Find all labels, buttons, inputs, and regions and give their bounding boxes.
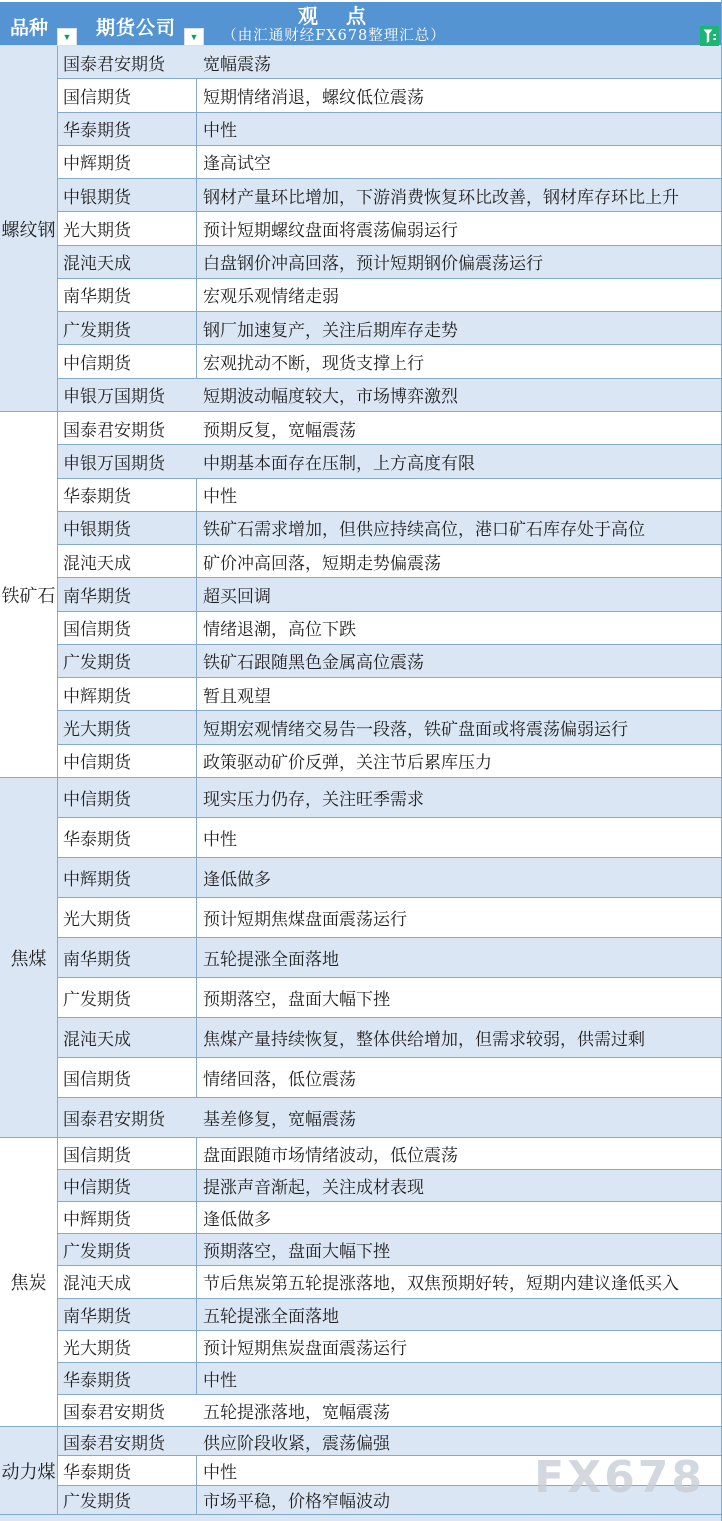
company-cell: 中辉期货 [58, 1202, 197, 1233]
table-row: 国泰君安期货宽幅震荡 [58, 46, 722, 79]
viewpoint-cell: 预计短期焦炭盘面震荡运行 [197, 1331, 722, 1362]
viewpoint-cell: 短期波动幅度较大，市场博弈激烈 [197, 379, 722, 411]
company-cell: 光大期货 [58, 898, 197, 937]
viewpoint-title: 观 点 [0, 4, 668, 28]
company-cell: 广发期货 [58, 645, 197, 677]
company-cell: 混沌天成 [58, 1018, 197, 1057]
company-cell: 南华期货 [58, 938, 197, 977]
company-cell: 广发期货 [58, 1234, 197, 1265]
table-row: 国信期货情绪回落，低位震荡 [58, 1058, 722, 1098]
company-cell: 中信期货 [58, 778, 197, 817]
company-cell: 中银期货 [58, 512, 197, 544]
viewpoint-cell: 逢低做多 [197, 1202, 722, 1233]
company-cell: 申银万国期货 [58, 379, 197, 411]
funnel-filter-icon[interactable] [700, 26, 719, 47]
section-rows: 中信期货现实压力仍存，关注旺季需求华泰期货中性中辉期货逢低做多光大期货预计短期焦… [58, 778, 722, 1138]
table-row: 国泰君安期货五轮提涨落地，宽幅震荡 [58, 1395, 722, 1427]
table-header: 品种 ▼ 期货公司 ▼ 观 点 （由汇通财经FX678整理汇总） [0, 0, 722, 46]
table-row: 中辉期货逢低做多 [58, 1202, 722, 1234]
table-row: 国泰君安期货基差修复，宽幅震荡 [58, 1098, 722, 1138]
company-cell: 南华期货 [58, 578, 197, 610]
table-row: 国信期货情绪退潮，高位下跌 [58, 612, 722, 645]
company-cell: 中信期货 [58, 745, 197, 777]
company-cell: 国信期货 [58, 79, 197, 111]
viewpoint-cell: 钢材产量环比增加，下游消费恢复环比改善，钢材库存环比上升 [197, 179, 722, 211]
table-row: 光大期货预计短期焦炭盘面震荡运行 [58, 1331, 722, 1363]
category-cell: 螺纹钢 [0, 46, 58, 412]
viewpoint-cell: 铁矿石跟随黑色金属高位震荡 [197, 645, 722, 677]
table-row: 中信期货现实压力仍存，关注旺季需求 [58, 778, 722, 818]
company-cell: 国泰君安期货 [58, 412, 197, 444]
column-header-viewpoint: 观 点 （由汇通财经FX678整理汇总） [0, 4, 668, 45]
table-row: 中银期货铁矿石需求增加，但供应持续高位，港口矿石库存处于高位 [58, 512, 722, 545]
futures-opinions-table: 品种 ▼ 期货公司 ▼ 观 点 （由汇通财经FX678整理汇总） 螺纹钢国泰君安… [0, 0, 722, 1521]
table-row: 光大期货短期宏观情绪交易告一段落，铁矿盘面或将震荡偏弱运行 [58, 711, 722, 744]
table-row: 华泰期货中性 [58, 479, 722, 512]
company-cell: 国泰君安期货 [58, 1395, 197, 1426]
viewpoint-cell: 情绪退潮，高位下跌 [197, 612, 722, 644]
viewpoint-cell: 五轮提涨全面落地 [197, 938, 722, 977]
section-rows: 国泰君安期货宽幅震荡国信期货短期情绪消退，螺纹低位震荡华泰期货中性中辉期货逢高试… [58, 46, 722, 412]
table-row: 申银万国期货中期基本面存在压制，上方高度有限 [58, 445, 722, 478]
table-row: 广发期货预期落空，盘面大幅下挫 [58, 1234, 722, 1266]
company-cell: 中信期货 [58, 1170, 197, 1201]
section-rows: 国泰君安期货预期反复，宽幅震荡申银万国期货中期基本面存在压制，上方高度有限华泰期… [58, 412, 722, 778]
funnel-glyph [703, 29, 716, 44]
viewpoint-cell: 钢厂加速复产，关注后期库存走势 [197, 312, 722, 344]
viewpoint-cell: 宽幅震荡 [197, 46, 722, 78]
company-cell: 中辉期货 [58, 146, 197, 178]
section-铁矿石: 铁矿石国泰君安期货预期反复，宽幅震荡申银万国期货中期基本面存在压制，上方高度有限… [0, 412, 722, 778]
table-row: 南华期货五轮提涨全面落地 [58, 1299, 722, 1331]
company-cell: 华泰期货 [58, 479, 197, 511]
viewpoint-cell: 逢低做多 [197, 858, 722, 897]
table-row: 申银万国期货短期波动幅度较大，市场博弈激烈 [58, 379, 722, 412]
category-cell: 动力煤 [0, 1427, 58, 1515]
table-row: 光大期货预计短期螺纹盘面将震荡偏弱运行 [58, 212, 722, 245]
company-cell: 广发期货 [58, 978, 197, 1017]
company-cell: 国泰君安期货 [58, 1098, 197, 1137]
section-焦煤: 焦煤中信期货现实压力仍存，关注旺季需求华泰期货中性中辉期货逢低做多光大期货预计短… [0, 778, 722, 1138]
viewpoint-subtitle: （由汇通财经FX678整理汇总） [0, 28, 668, 45]
viewpoint-cell: 中性 [197, 479, 722, 511]
table-row: 中银期货钢材产量环比增加，下游消费恢复环比改善，钢材库存环比上升 [58, 179, 722, 212]
viewpoint-cell: 短期宏观情绪交易告一段落，铁矿盘面或将震荡偏弱运行 [197, 711, 722, 743]
company-cell: 混沌天成 [58, 1266, 197, 1297]
viewpoint-cell: 提涨声音渐起，关注成材表现 [197, 1170, 722, 1201]
bottom-partial-row [0, 1515, 722, 1521]
table-row: 国信期货盘面跟随市场情绪波动，低位震荡 [58, 1138, 722, 1170]
viewpoint-cell: 情绪回落，低位震荡 [197, 1058, 722, 1097]
viewpoint-cell: 白盘钢价冲高回落，预计短期钢价偏震荡运行 [197, 246, 722, 278]
viewpoint-cell: 中性 [197, 113, 722, 145]
table-row: 华泰期货中性 [58, 1363, 722, 1395]
viewpoint-cell: 盘面跟随市场情绪波动，低位震荡 [197, 1138, 722, 1169]
company-cell: 国信期货 [58, 612, 197, 644]
category-cell: 铁矿石 [0, 412, 58, 778]
viewpoint-cell: 基差修复，宽幅震荡 [197, 1098, 722, 1137]
category-cell: 焦炭 [0, 1138, 58, 1427]
company-cell: 光大期货 [58, 212, 197, 244]
table-row: 中辉期货逢高试空 [58, 146, 722, 179]
company-cell: 华泰期货 [58, 818, 197, 857]
viewpoint-cell: 暂且观望 [197, 678, 722, 710]
table-row: 混沌天成矿价冲高回落，短期走势偏震荡 [58, 545, 722, 578]
company-cell: 南华期货 [58, 279, 197, 311]
viewpoint-cell: 铁矿石需求增加，但供应持续高位，港口矿石库存处于高位 [197, 512, 722, 544]
table-row: 南华期货超买回调 [58, 578, 722, 611]
viewpoint-cell: 五轮提涨落地，宽幅震荡 [197, 1395, 722, 1426]
viewpoint-cell: 预期落空，盘面大幅下挫 [197, 978, 722, 1017]
viewpoint-cell: 预期落空，盘面大幅下挫 [197, 1234, 722, 1265]
viewpoint-cell: 超买回调 [197, 578, 722, 610]
company-cell: 申银万国期货 [58, 445, 197, 477]
company-cell: 光大期货 [58, 711, 197, 743]
table-row: 中辉期货暂且观望 [58, 678, 722, 711]
viewpoint-cell: 现实压力仍存，关注旺季需求 [197, 778, 722, 817]
table-row: 中信期货提涨声音渐起，关注成材表现 [58, 1170, 722, 1202]
company-cell: 国泰君安期货 [58, 1427, 197, 1455]
fx678-watermark: FX678 [534, 1452, 705, 1503]
viewpoint-cell: 中性 [197, 818, 722, 857]
viewpoint-cell: 矿价冲高回落，短期走势偏震荡 [197, 545, 722, 577]
section-rows: 国信期货盘面跟随市场情绪波动，低位震荡中信期货提涨声音渐起，关注成材表现中辉期货… [58, 1138, 722, 1427]
table-row: 南华期货宏观乐观情绪走弱 [58, 279, 722, 312]
viewpoint-cell: 预计短期螺纹盘面将震荡偏弱运行 [197, 212, 722, 244]
viewpoint-cell: 中性 [197, 1363, 722, 1394]
section-焦炭: 焦炭国信期货盘面跟随市场情绪波动，低位震荡中信期货提涨声音渐起，关注成材表现中辉… [0, 1138, 722, 1427]
company-cell: 混沌天成 [58, 246, 197, 278]
company-cell: 华泰期货 [58, 1456, 197, 1484]
company-cell: 华泰期货 [58, 113, 197, 145]
company-cell: 南华期货 [58, 1299, 197, 1330]
viewpoint-cell: 节后焦炭第五轮提涨落地，双焦预期好转，短期内建议逢低买入 [197, 1266, 722, 1297]
table-body: 螺纹钢国泰君安期货宽幅震荡国信期货短期情绪消退，螺纹低位震荡华泰期货中性中辉期货… [0, 46, 722, 1521]
viewpoint-cell: 五轮提涨全面落地 [197, 1299, 722, 1330]
company-cell: 光大期货 [58, 1331, 197, 1362]
table-row: 国泰君安期货预期反复，宽幅震荡 [58, 412, 722, 445]
table-row: 南华期货五轮提涨全面落地 [58, 938, 722, 978]
table-row: 混沌天成焦煤产量持续恢复，整体供给增加，但需求较弱，供需过剩 [58, 1018, 722, 1058]
table-row: 中信期货政策驱动矿价反弹，关注节后累库压力 [58, 745, 722, 778]
viewpoint-cell: 短期情绪消退，螺纹低位震荡 [197, 79, 722, 111]
company-cell: 中信期货 [58, 345, 197, 377]
company-cell: 广发期货 [58, 312, 197, 344]
company-cell: 中辉期货 [58, 678, 197, 710]
table-row: 广发期货铁矿石跟随黑色金属高位震荡 [58, 645, 722, 678]
company-cell: 国信期货 [58, 1138, 197, 1169]
company-cell: 中辉期货 [58, 858, 197, 897]
company-cell: 华泰期货 [58, 1363, 197, 1394]
table-row: 华泰期货中性 [58, 818, 722, 858]
table-row: 光大期货预计短期焦煤盘面震荡运行 [58, 898, 722, 938]
section-螺纹钢: 螺纹钢国泰君安期货宽幅震荡国信期货短期情绪消退，螺纹低位震荡华泰期货中性中辉期货… [0, 46, 722, 412]
viewpoint-cell: 焦煤产量持续恢复，整体供给增加，但需求较弱，供需过剩 [197, 1018, 722, 1057]
table-row: 中辉期货逢低做多 [58, 858, 722, 898]
company-cell: 国泰君安期货 [58, 46, 197, 78]
viewpoint-cell: 预期反复，宽幅震荡 [197, 412, 722, 444]
viewpoint-cell: 中期基本面存在压制，上方高度有限 [197, 445, 722, 477]
table-row: 混沌天成节后焦炭第五轮提涨落地，双焦预期好转，短期内建议逢低买入 [58, 1266, 722, 1298]
viewpoint-cell: 预计短期焦煤盘面震荡运行 [197, 898, 722, 937]
category-cell: 焦煤 [0, 778, 58, 1138]
viewpoint-cell: 宏观扰动不断，现货支撑上行 [197, 345, 722, 377]
table-row: 广发期货钢厂加速复产，关注后期库存走势 [58, 312, 722, 345]
viewpoint-cell: 宏观乐观情绪走弱 [197, 279, 722, 311]
company-cell: 国信期货 [58, 1058, 197, 1097]
table-row: 广发期货预期落空，盘面大幅下挫 [58, 978, 722, 1018]
company-cell: 中银期货 [58, 179, 197, 211]
table-row: 国信期货短期情绪消退，螺纹低位震荡 [58, 79, 722, 112]
company-cell: 广发期货 [58, 1486, 197, 1514]
company-cell: 混沌天成 [58, 545, 197, 577]
table-row: 混沌天成白盘钢价冲高回落，预计短期钢价偏震荡运行 [58, 246, 722, 279]
table-row: 中信期货宏观扰动不断，现货支撑上行 [58, 345, 722, 378]
viewpoint-cell: 政策驱动矿价反弹，关注节后累库压力 [197, 745, 722, 777]
viewpoint-cell: 逢高试空 [197, 146, 722, 178]
table-row: 华泰期货中性 [58, 113, 722, 146]
